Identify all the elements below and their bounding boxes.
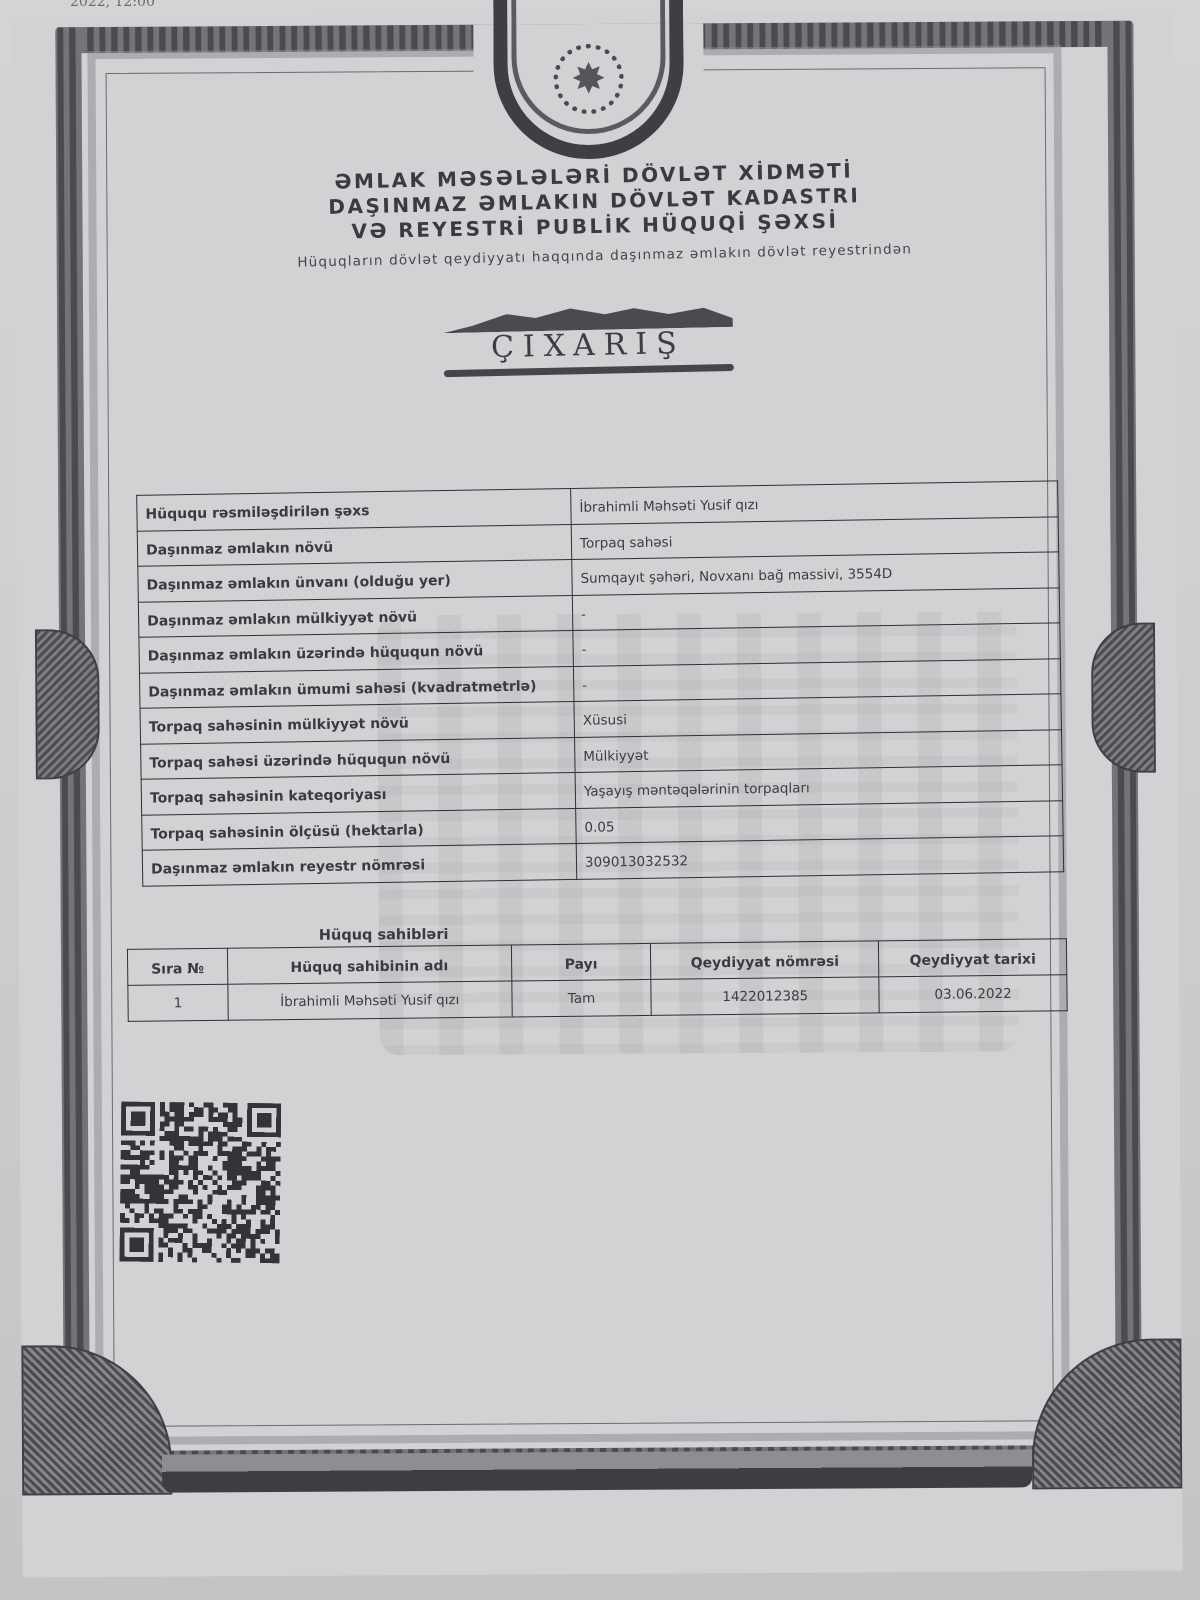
col-header-share: Payı	[511, 943, 651, 981]
registration-number-cell: 1422012385	[651, 977, 879, 1016]
share-cell: Tam	[511, 979, 651, 1017]
qr-code-icon	[119, 1102, 281, 1264]
state-emblem-icon: ✸	[553, 44, 623, 114]
registration-date-cell: 03.06.2022	[879, 975, 1067, 1013]
owners-table: Sıra № Hüquq sahibinin adı Payı Qeydiyya…	[127, 938, 1068, 1022]
info-label: Daşınmaz əmlakın reyestr nömrəsi	[142, 843, 577, 885]
col-header-order: Sıra №	[127, 948, 227, 985]
col-header-registration-date: Qeydiyyat tarixi	[879, 939, 1067, 977]
owner-name-cell: İbrahimli Məhsəti Yusif qızı	[228, 981, 512, 1020]
col-header-owner-name: Hüquq sahibinin adı	[227, 945, 511, 984]
emblem: ✸	[473, 23, 704, 164]
bottom-border-band	[162, 1449, 1032, 1492]
corner-timestamp: 2022, 12:00	[70, 0, 155, 10]
left-side-ornament-icon	[35, 629, 100, 779]
document-title-block: ÇIXARIŞ	[442, 301, 734, 379]
info-value: 309013032532	[576, 836, 1063, 879]
owners-caption: Hüquq sahibləri	[319, 927, 449, 944]
document-title: ÇIXARIŞ	[443, 325, 734, 366]
property-info-table: Hüququ rəsmiləşdirilən şəxsİbrahimli Məh…	[136, 480, 1064, 886]
col-header-registration-number: Qeydiyyat nömrəsi	[651, 941, 879, 980]
certificate-page: ✸ ƏMLAK MƏSƏLƏLƏRİ DÖVLƏT XİDMƏTİ DAŞINM…	[13, 10, 1183, 1577]
right-side-ornament-icon	[1091, 623, 1156, 773]
order-cell: 1	[128, 984, 228, 1021]
